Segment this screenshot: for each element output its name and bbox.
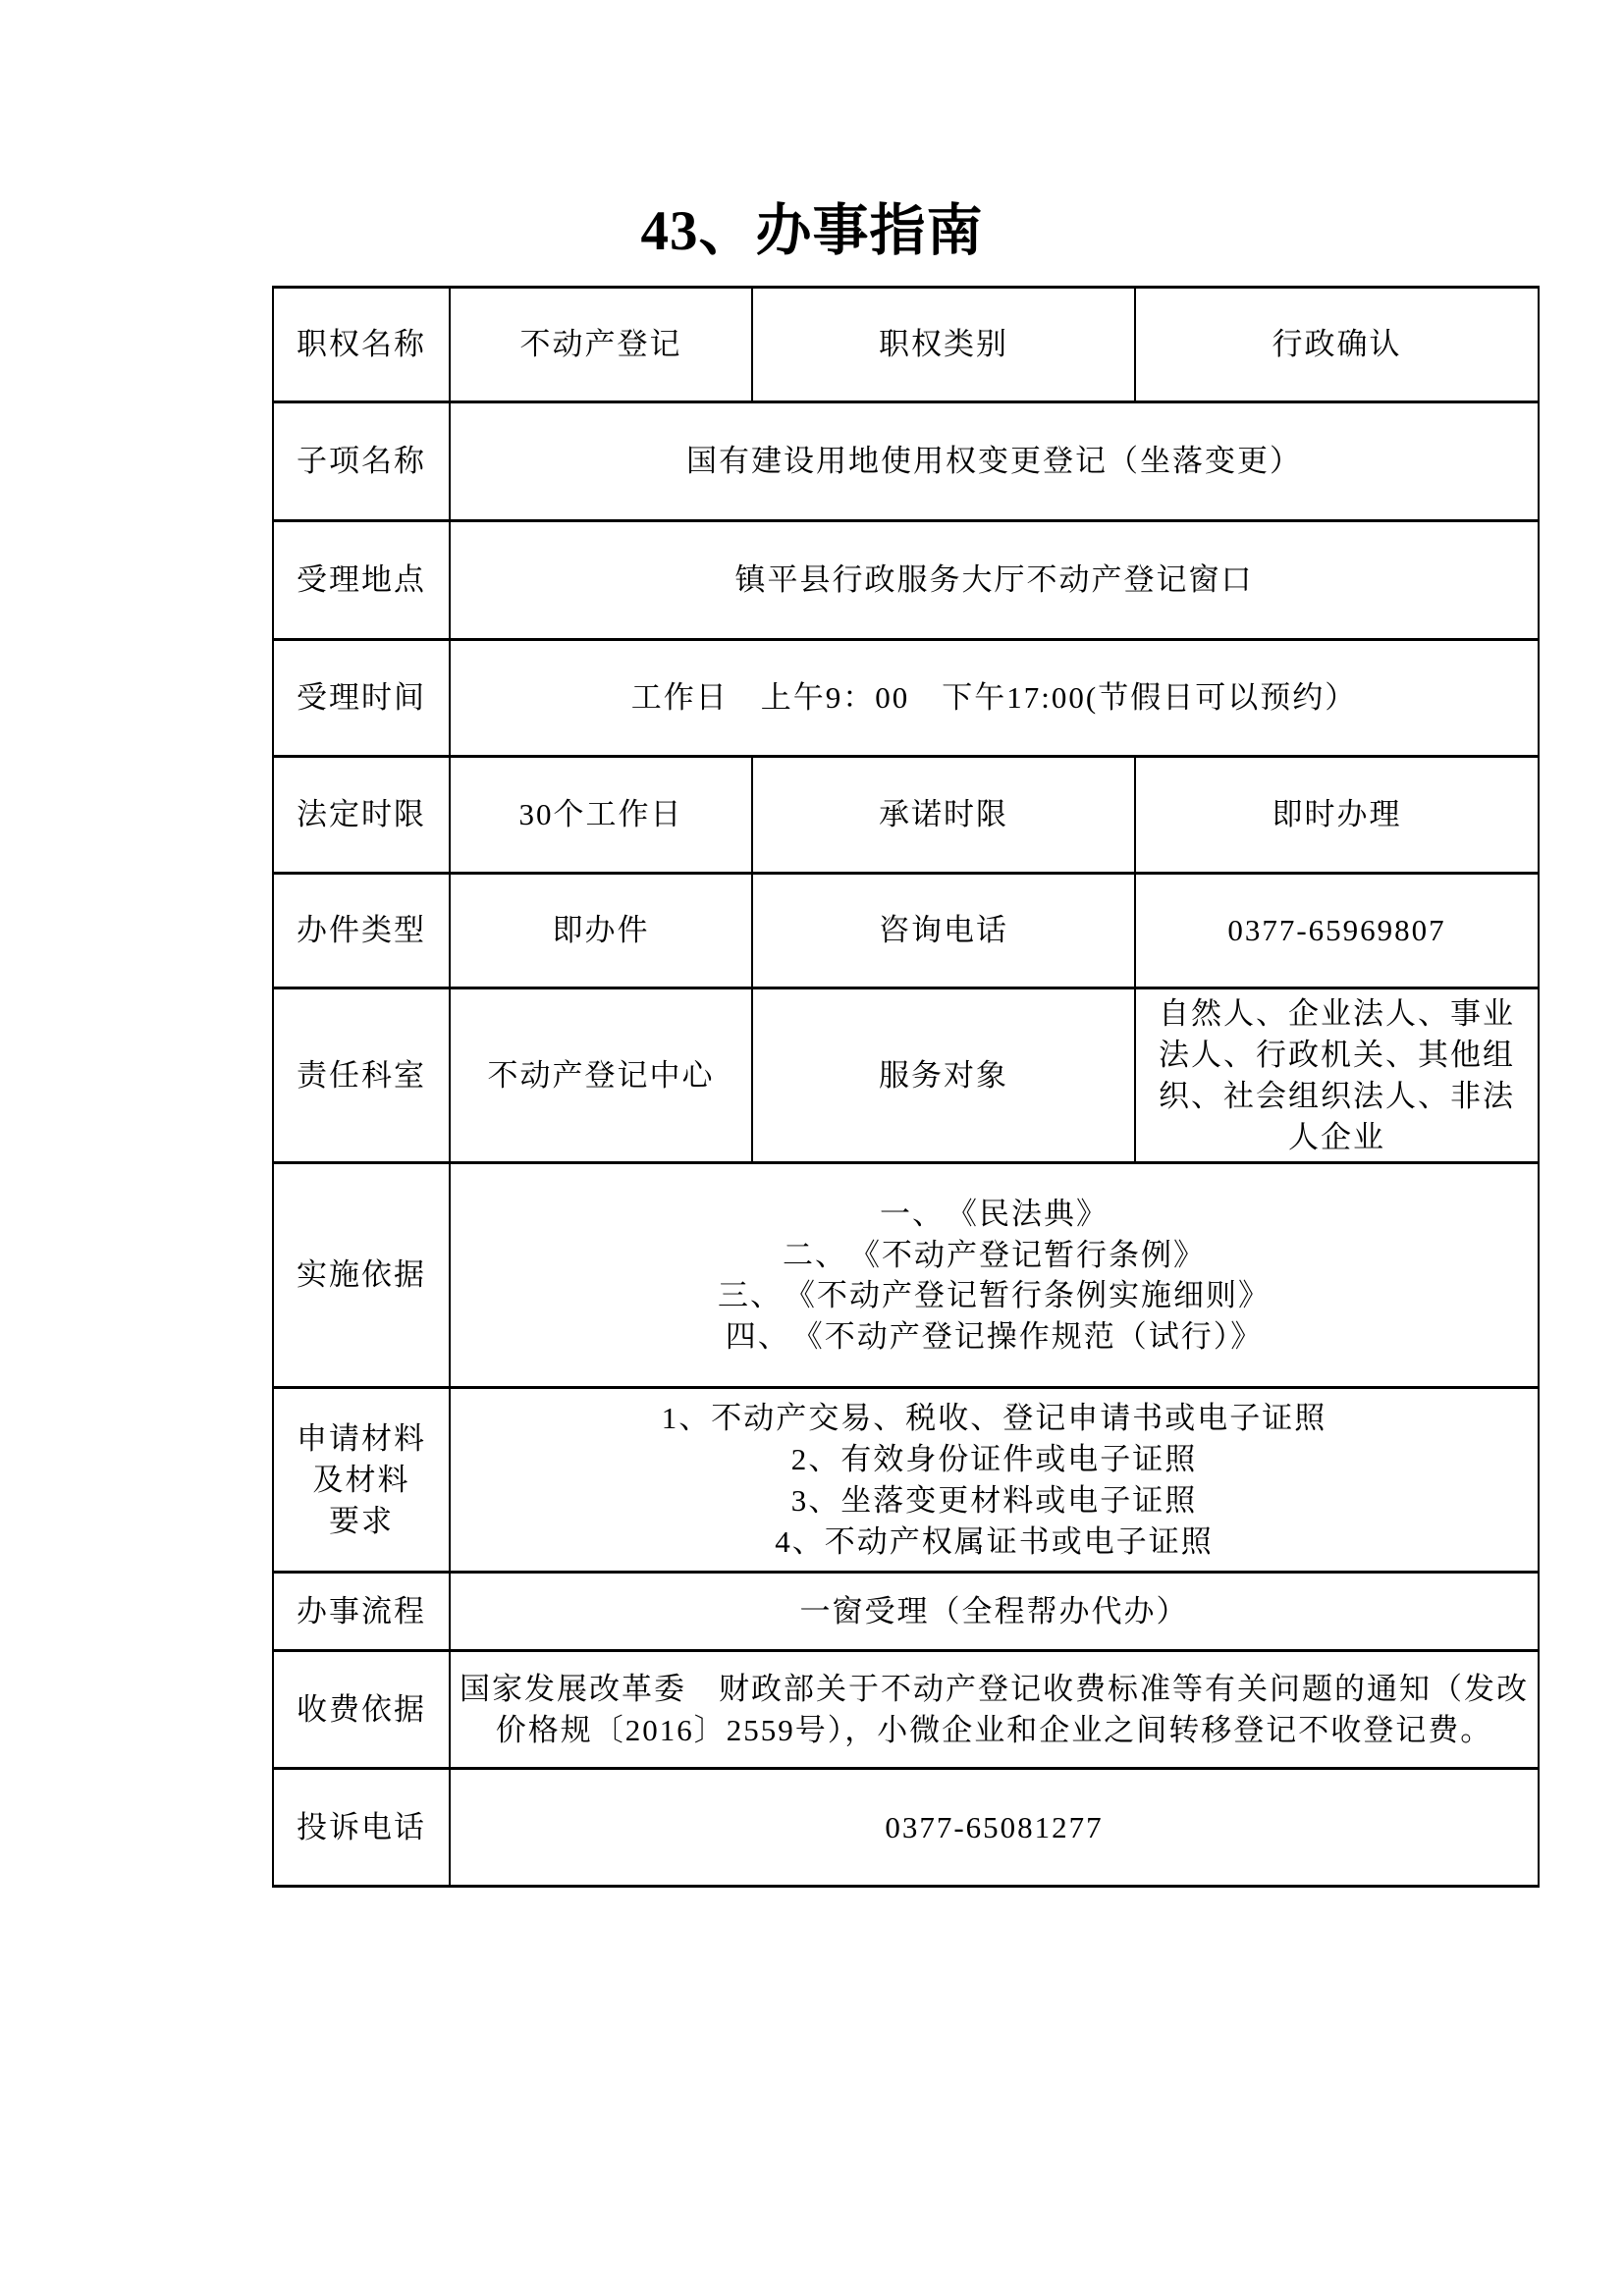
label-authority-name: 职权名称 — [273, 288, 450, 402]
value-service-target: 自然人、企业法人、事业法人、行政机关、其他组织、社会组织法人、非法人企业 — [1135, 988, 1539, 1163]
value-implementation-basis: 一、 《民法典》 二、 《不动产登记暂行条例》 三、 《不动产登记暂行条例实施细… — [450, 1163, 1539, 1388]
label-acceptance-place: 受理地点 — [273, 521, 450, 640]
label-responsible-office: 责任科室 — [273, 988, 450, 1163]
label-application-materials: 申请材料 及材料 要求 — [273, 1388, 450, 1573]
value-acceptance-place: 镇平县行政服务大厅不动产登记窗口 — [450, 521, 1539, 640]
table-row-acceptance-time: 受理时间 工作日 上午9：00 下午17:00(节假日可以预约） — [273, 640, 1539, 757]
label-implementation-basis: 实施依据 — [273, 1163, 450, 1388]
label-consult-phone: 咨询电话 — [752, 874, 1135, 988]
table-row-application-materials: 申请材料 及材料 要求 1、不动产交易、税收、登记申请书或电子证照 2、有效身份… — [273, 1388, 1539, 1573]
table-row-implementation-basis: 实施依据 一、 《民法典》 二、 《不动产登记暂行条例》 三、 《不动产登记暂行… — [273, 1163, 1539, 1388]
label-handling-process: 办事流程 — [273, 1573, 450, 1651]
value-promised-time-limit: 即时办理 — [1135, 757, 1539, 874]
label-legal-time-limit: 法定时限 — [273, 757, 450, 874]
value-acceptance-time: 工作日 上午9：00 下午17:00(节假日可以预约） — [450, 640, 1539, 757]
label-acceptance-time: 受理时间 — [273, 640, 450, 757]
label-handling-type: 办件类型 — [273, 874, 450, 988]
value-handling-process: 一窗受理（全程帮办代办） — [450, 1573, 1539, 1651]
label-authority-category: 职权类别 — [752, 288, 1135, 402]
value-legal-time-limit: 30个工作日 — [450, 757, 752, 874]
value-handling-type: 即办件 — [450, 874, 752, 988]
label-service-target: 服务对象 — [752, 988, 1135, 1163]
page-title: 43、办事指南 — [0, 196, 1624, 267]
label-fee-basis: 收费依据 — [273, 1651, 450, 1769]
value-complaint-phone: 0377-65081277 — [450, 1769, 1539, 1887]
value-authority-name: 不动产登记 — [450, 288, 752, 402]
document-page: 43、办事指南 职权名称 不动产登记 职权类别 行政确认 子项名称 国有建设用地… — [0, 0, 1624, 2296]
service-guide-table: 职权名称 不动产登记 职权类别 行政确认 子项名称 国有建设用地使用权变更登记（… — [272, 286, 1540, 1888]
label-subitem-name: 子项名称 — [273, 402, 450, 521]
label-promised-time-limit: 承诺时限 — [752, 757, 1135, 874]
value-responsible-office: 不动产登记中心 — [450, 988, 752, 1163]
label-complaint-phone: 投诉电话 — [273, 1769, 450, 1887]
value-consult-phone: 0377-65969807 — [1135, 874, 1539, 988]
table-row-subitem-name: 子项名称 国有建设用地使用权变更登记（坐落变更） — [273, 402, 1539, 521]
table-row-handling-process: 办事流程 一窗受理（全程帮办代办） — [273, 1573, 1539, 1651]
table-row-handling-type: 办件类型 即办件 咨询电话 0377-65969807 — [273, 874, 1539, 988]
value-authority-category: 行政确认 — [1135, 288, 1539, 402]
value-application-materials: 1、不动产交易、税收、登记申请书或电子证照 2、有效身份证件或电子证照 3、坐落… — [450, 1388, 1539, 1573]
table-row-authority: 职权名称 不动产登记 职权类别 行政确认 — [273, 288, 1539, 402]
table-row-acceptance-place: 受理地点 镇平县行政服务大厅不动产登记窗口 — [273, 521, 1539, 640]
table-row-time-limits: 法定时限 30个工作日 承诺时限 即时办理 — [273, 757, 1539, 874]
value-fee-basis: 国家发展改革委 财政部关于不动产登记收费标准等有关问题的通知（发改价格规〔201… — [450, 1651, 1539, 1769]
table-row-complaint-phone: 投诉电话 0377-65081277 — [273, 1769, 1539, 1887]
table-row-responsible-office: 责任科室 不动产登记中心 服务对象 自然人、企业法人、事业法人、行政机关、其他组… — [273, 988, 1539, 1163]
value-subitem-name: 国有建设用地使用权变更登记（坐落变更） — [450, 402, 1539, 521]
table-row-fee-basis: 收费依据 国家发展改革委 财政部关于不动产登记收费标准等有关问题的通知（发改价格… — [273, 1651, 1539, 1769]
